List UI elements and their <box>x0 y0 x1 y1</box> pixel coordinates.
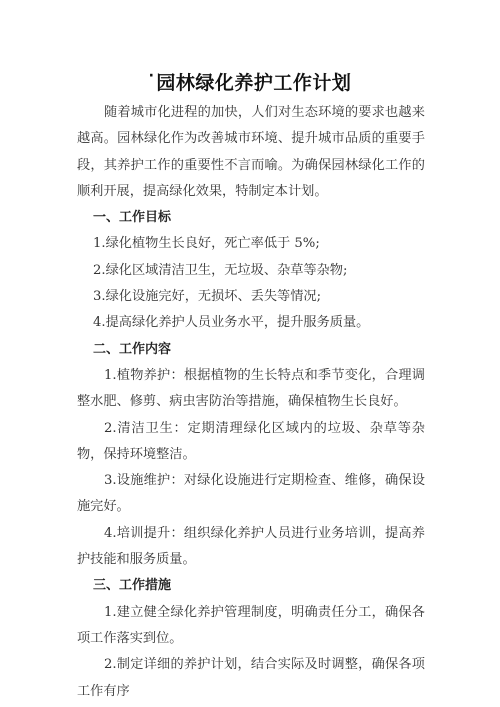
title-dot: · <box>149 68 155 84</box>
content-item: 1.植物养护：根据植物的生长特点和季节变化，合理调整水肥、修剪、病虫害防治等措施… <box>77 363 425 416</box>
intro-paragraph: 随着城市化进程的加快，人们对生态环境的要求也越来越高。园林绿化作为改善城市环境、… <box>77 100 425 205</box>
document-page: ·园林绿化养护工作计划 随着城市化进程的加快，人们对生态环境的要求也越来越高。园… <box>0 0 500 707</box>
measure-item: 1.建立健全绿化养护管理制度，明确责任分工，确保各项工作落实到位。 <box>77 600 425 653</box>
section-heading-measures: 三、工作措施 <box>77 573 425 599</box>
goal-item: 1.绿化植物生长良好，死亡率低于 5%; <box>77 231 425 257</box>
measure-item: 2.制定详细的养护计划，结合实际及时调整，确保各项工作有序 <box>77 652 425 705</box>
goal-item: 2.绿化区域清洁卫生，无垃圾、杂草等杂物; <box>77 258 425 284</box>
content-item: 2.清洁卫生：定期清理绿化区域内的垃圾、杂草等杂物，保持环境整洁。 <box>77 416 425 469</box>
goal-item: 3.绿化设施完好，无损坏、丢失等情况; <box>77 284 425 310</box>
content-item: 4.培训提升：组织绿化养护人员进行业务培训，提高养护技能和服务质量。 <box>77 521 425 574</box>
section-heading-goals: 一、工作目标 <box>77 205 425 231</box>
document-body: 随着城市化进程的加快，人们对生态环境的要求也越来越高。园林绿化作为改善城市环境、… <box>77 100 425 705</box>
title-text: 园林绿化养护工作计划 <box>156 72 351 94</box>
goal-item: 4.提高绿化养护人员业务水平，提升服务质量。 <box>77 310 425 336</box>
document-title: ·园林绿化养护工作计划 <box>0 68 500 95</box>
section-heading-content: 二、工作内容 <box>77 337 425 363</box>
content-item: 3.设施维护：对绿化设施进行定期检查、维修，确保设施完好。 <box>77 468 425 521</box>
